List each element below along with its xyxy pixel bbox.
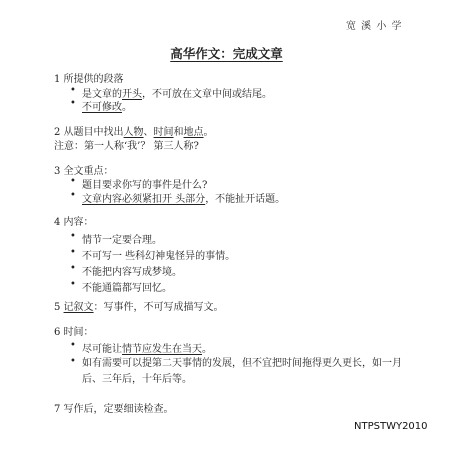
text: 。 xyxy=(122,102,132,113)
page-title: 高华作文：完成文章 xyxy=(0,44,453,62)
text: 尽可能让 xyxy=(82,344,122,355)
text: 不能通篇都写回忆。 xyxy=(82,283,172,294)
text: 不能把内容写成梦境。 xyxy=(82,267,182,278)
section-4-bullet-2: 不可写一 些科幻神鬼怪异的事情。 xyxy=(70,247,235,262)
section-1-heading: 1 所提供的段落 xyxy=(54,70,124,85)
section-1-bullet-2: 不可修改。 xyxy=(70,98,132,113)
section-6-heading: 6 时间： xyxy=(54,323,94,338)
page-title-text: 高华作文：完成文章 xyxy=(170,46,283,61)
underlined-text: 记叙文 xyxy=(64,302,94,313)
text: ：写事件，不可写成描写文。 xyxy=(94,302,224,313)
footer-code: NTPSTWY2010 xyxy=(354,421,428,432)
text: 。 xyxy=(202,344,212,355)
text: 不可写一 些科幻神鬼怪异的事情。 xyxy=(82,251,235,262)
section-7-heading: 7 写作后，定要细读检查。 xyxy=(54,400,174,415)
section-4-bullet-4: 不能通篇都写回忆。 xyxy=(70,279,172,294)
school-name: 宽 溪 小 学 xyxy=(346,17,403,32)
text: ，不可放在文章中间或结尾。 xyxy=(142,89,272,100)
underlined-text: 文章内容必须紧扣开 头部分 xyxy=(82,194,205,205)
underlined-text: 情节应发生在当天 xyxy=(122,344,202,355)
section-6-bullet-2: 如有需要可以提第二天事情的发展，但不宜把时间拖得更久更长，如一月后、三年后，十年… xyxy=(70,356,412,388)
section-2-note: 注意：第一人称‘我’？ 第三人称? xyxy=(54,137,199,152)
section-4-bullet-3: 不能把内容写成梦境。 xyxy=(70,263,182,278)
text: ，不能扯开话题。 xyxy=(205,194,285,205)
section-4-heading: 4 内容： xyxy=(54,213,94,228)
text: 情节一定要合理。 xyxy=(82,235,162,246)
section-4-bullet-1: 情节一定要合理。 xyxy=(70,231,162,246)
text: 如有需要可以提第二天事情的发展，但不宜把时间拖得更久更长，如一月后、三年后，十年… xyxy=(82,356,412,388)
text: 。 xyxy=(204,127,214,138)
section-3-bullet-1: 题目要求你写的事件是什么? xyxy=(70,176,207,191)
section-6-bullet-1: 尽可能让情节应发生在当天。 xyxy=(70,340,212,355)
text: 5 xyxy=(54,302,64,313)
underlined-text: 不可修改 xyxy=(82,102,122,113)
section-2-heading: 2 从题目中找出人物、时间和地点。 xyxy=(54,123,214,138)
section-5-heading: 5 记叙文：写事件，不可写成描写文。 xyxy=(54,298,224,313)
section-3-heading: 3 全文重点： xyxy=(54,162,114,177)
section-3-bullet-2: 文章内容必须紧扣开 头部分，不能扯开话题。 xyxy=(70,190,285,205)
